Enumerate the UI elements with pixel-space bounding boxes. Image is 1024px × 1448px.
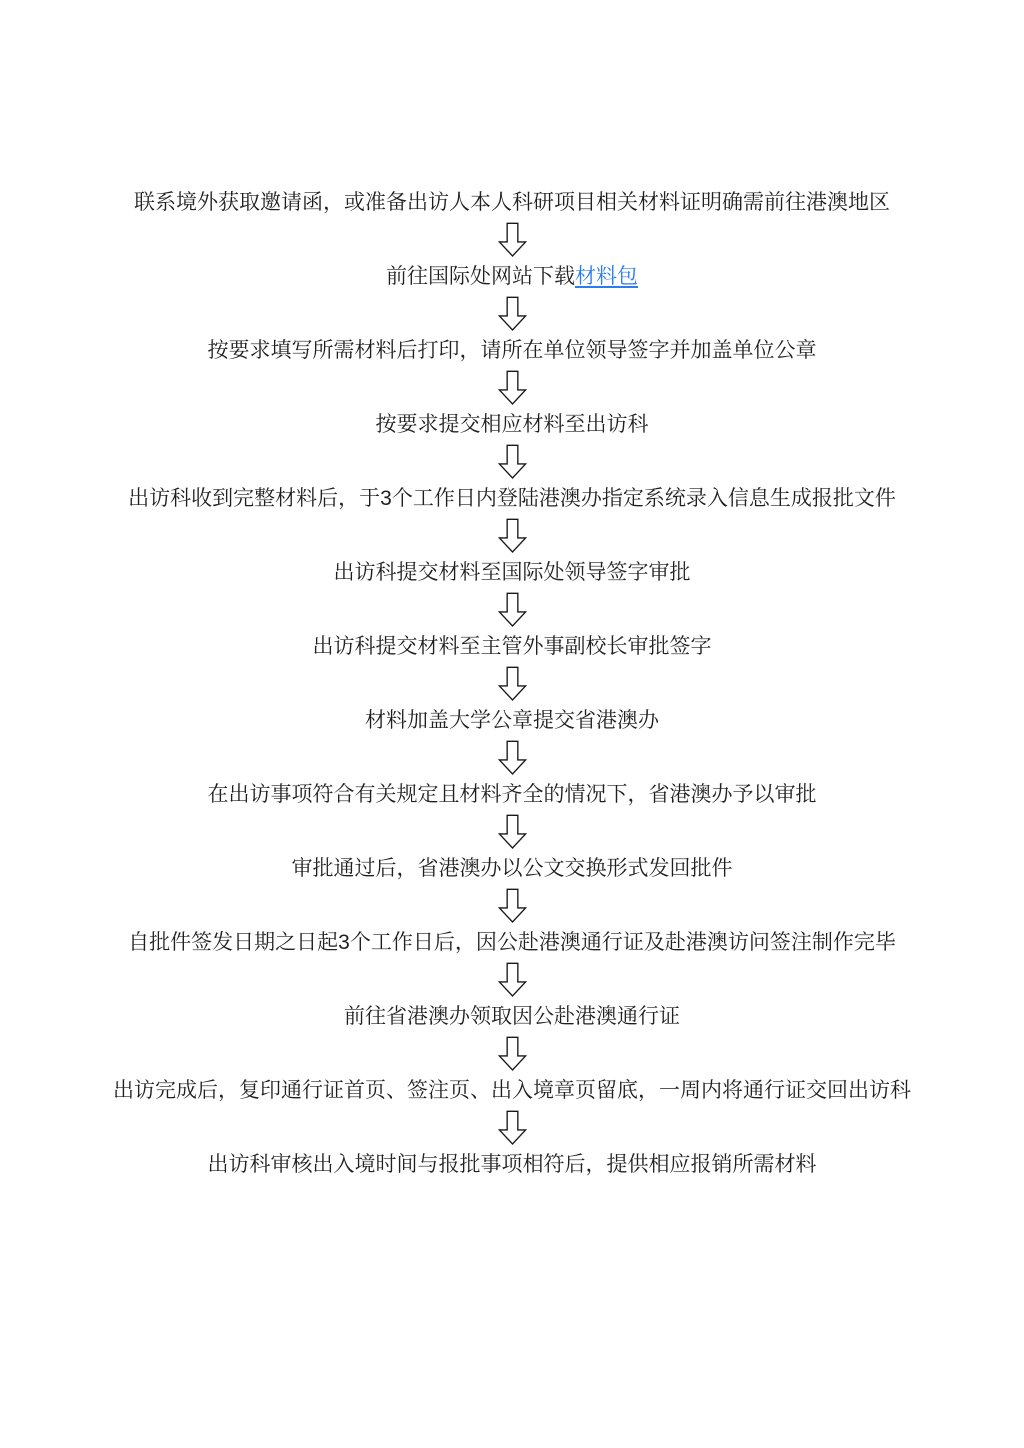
step-text: 出访科提交材料至国际处领导签字审批 <box>334 561 691 584</box>
down-arrow-icon <box>497 962 528 998</box>
flow-step: 在出访事项符合有关规定且材料齐全的情况下，省港澳办予以审批 <box>208 782 817 808</box>
down-arrow-icon <box>497 740 528 776</box>
flow-connector <box>497 888 528 924</box>
flow-connector <box>497 962 528 998</box>
flow-step: 按要求提交相应材料至出访科 <box>376 412 649 438</box>
step-text: 联系境外获取邀请函，或准备出访人本人科研项目相关材料证明确需前往港澳地区 <box>134 191 890 214</box>
step-text: 材料加盖大学公章提交省港澳办 <box>365 709 659 732</box>
flow-step: 出访科提交材料至主管外事副校长审批签字 <box>313 634 712 660</box>
flow-connector <box>497 814 528 850</box>
down-arrow-icon <box>497 592 528 628</box>
flow-step: 前往省港澳办领取因公赴港澳通行证 <box>344 1004 680 1030</box>
flow-step: 出访科提交材料至国际处领导签字审批 <box>334 560 691 586</box>
flow-step: 出访科收到完整材料后，于3个工作日内登陆港澳办指定系统录入信息生成报批文件 <box>128 486 896 512</box>
flow-connector <box>497 296 528 332</box>
flow-connector <box>497 1036 528 1072</box>
step-text: 在出访事项符合有关规定且材料齐全的情况下，省港澳办予以审批 <box>208 783 817 806</box>
flow-connector <box>497 444 528 480</box>
flow-step: 前往国际处网站下载材料包 <box>386 264 638 290</box>
material-package-link[interactable]: 材料包 <box>575 265 638 288</box>
flow-connector <box>497 222 528 258</box>
step-text: 自批件签发日期之日起3个工作日后，因公赴港澳通行证及赴港澳访问签注制作完毕 <box>128 931 896 954</box>
step-text: 出访科收到完整材料后，于3个工作日内登陆港澳办指定系统录入信息生成报批文件 <box>128 487 896 510</box>
flowchart: 联系境外获取邀请函，或准备出访人本人科研项目相关材料证明确需前往港澳地区 前往国… <box>0 190 1024 1178</box>
step-text: 前往省港澳办领取因公赴港澳通行证 <box>344 1005 680 1028</box>
step-text: 出访完成后，复印通行证首页、签注页、出入境章页留底，一周内将通行证交回出访科 <box>113 1079 911 1102</box>
flow-step: 按要求填写所需材料后打印，请所在单位领导签字并加盖单位公章 <box>208 338 817 364</box>
down-arrow-icon <box>497 1036 528 1072</box>
flow-step: 出访完成后，复印通行证首页、签注页、出入境章页留底，一周内将通行证交回出访科 <box>113 1078 911 1104</box>
step-text: 按要求提交相应材料至出访科 <box>376 413 649 436</box>
down-arrow-icon <box>497 518 528 554</box>
flow-connector <box>497 592 528 628</box>
flow-step: 审批通过后，省港澳办以公文交换形式发回批件 <box>292 856 733 882</box>
step-text: 按要求填写所需材料后打印，请所在单位领导签字并加盖单位公章 <box>208 339 817 362</box>
flow-step: 材料加盖大学公章提交省港澳办 <box>365 708 659 734</box>
flow-step: 自批件签发日期之日起3个工作日后，因公赴港澳通行证及赴港澳访问签注制作完毕 <box>128 930 896 956</box>
step-text: 出访科审核出入境时间与报批事项相符后，提供相应报销所需材料 <box>208 1153 817 1176</box>
flow-connector <box>497 740 528 776</box>
down-arrow-icon <box>497 1110 528 1146</box>
step-text: 前往国际处网站下载 <box>386 265 575 288</box>
down-arrow-icon <box>497 370 528 406</box>
down-arrow-icon <box>497 666 528 702</box>
flow-connector <box>497 666 528 702</box>
down-arrow-icon <box>497 222 528 258</box>
flow-connector <box>497 1110 528 1146</box>
flow-step: 出访科审核出入境时间与报批事项相符后，提供相应报销所需材料 <box>208 1152 817 1178</box>
down-arrow-icon <box>497 814 528 850</box>
down-arrow-icon <box>497 444 528 480</box>
flow-connector <box>497 518 528 554</box>
step-text: 审批通过后，省港澳办以公文交换形式发回批件 <box>292 857 733 880</box>
step-text: 出访科提交材料至主管外事副校长审批签字 <box>313 635 712 658</box>
flow-step: 联系境外获取邀请函，或准备出访人本人科研项目相关材料证明确需前往港澳地区 <box>134 190 890 216</box>
flow-connector <box>497 370 528 406</box>
down-arrow-icon <box>497 296 528 332</box>
down-arrow-icon <box>497 888 528 924</box>
document-page: 联系境外获取邀请函，或准备出访人本人科研项目相关材料证明确需前往港澳地区 前往国… <box>0 0 1024 1448</box>
